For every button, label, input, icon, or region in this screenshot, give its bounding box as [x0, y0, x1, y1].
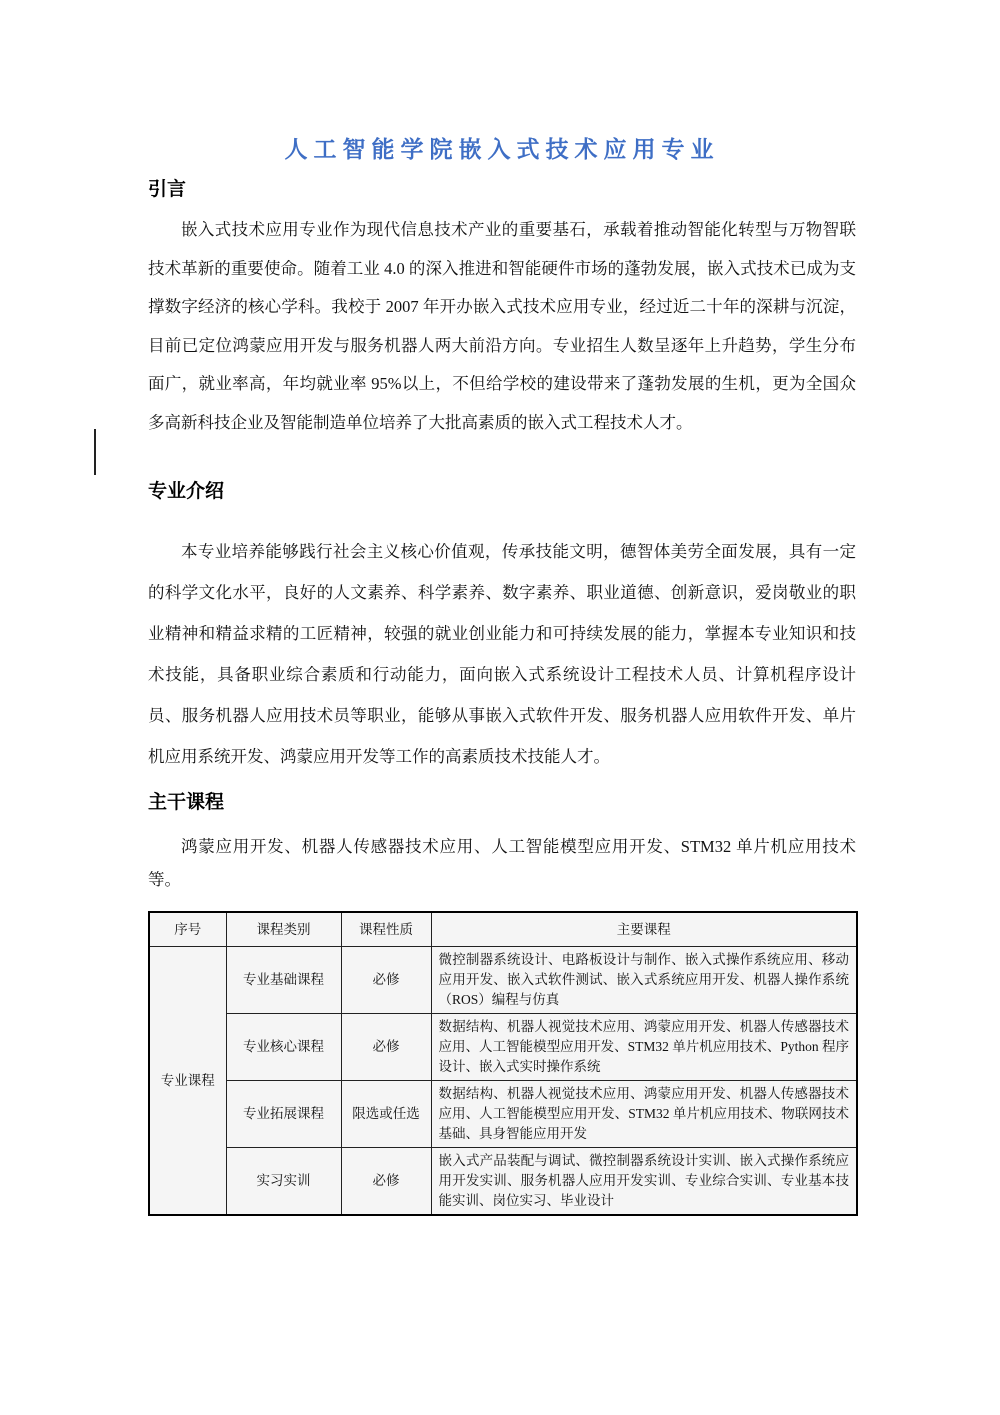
section-heading-intro: 引言 [148, 176, 856, 204]
category-cell: 专业核心课程 [226, 1014, 341, 1081]
table-row: 专业拓展课程 限选或任选 数据结构、机器人视觉技术应用、鸿蒙应用开发、机器人传感… [149, 1081, 857, 1148]
revision-change-bar [94, 429, 96, 475]
nature-cell: 限选或任选 [341, 1081, 431, 1148]
category-cell: 实习实训 [226, 1148, 341, 1216]
courses-cell: 嵌入式产品装配与调试、微控制器系统设计实训、嵌入式操作系统应用开发实训、服务机器… [431, 1148, 857, 1216]
paragraph-courses: 鸿蒙应用开发、机器人传感器技术应用、人工智能模型应用开发、STM32 单片机应用… [148, 830, 856, 896]
page-title: 人工智能学院嵌入式技术应用专业 [148, 134, 856, 164]
document-content: 人工智能学院嵌入式技术应用专业 引言 嵌入式技术应用专业作为现代信息技术产业的重… [148, 0, 856, 1216]
paragraph-intro: 嵌入式技术应用专业作为现代信息技术产业的重要基石，承载着推动智能化转型与万物智联… [148, 211, 856, 442]
category-cell: 专业拓展课程 [226, 1081, 341, 1148]
column-header-category: 课程类别 [226, 912, 341, 947]
category-cell: 专业基础课程 [226, 947, 341, 1014]
nature-cell: 必修 [341, 1014, 431, 1081]
column-header-nature: 课程性质 [341, 912, 431, 947]
courses-table: 序号 课程类别 课程性质 主要课程 专业课程 专业基础课程 必修 微控制器系统设… [148, 911, 858, 1216]
courses-cell: 微控制器系统设计、电路板设计与制作、嵌入式操作系统应用、移动应用开发、嵌入式软件… [431, 947, 857, 1014]
table-header-row: 序号 课程类别 课程性质 主要课程 [149, 912, 857, 947]
table-row: 实习实训 必修 嵌入式产品装配与调试、微控制器系统设计实训、嵌入式操作系统应用开… [149, 1148, 857, 1216]
nature-cell: 必修 [341, 947, 431, 1014]
table-row: 专业核心课程 必修 数据结构、机器人视觉技术应用、鸿蒙应用开发、机器人传感器技术… [149, 1014, 857, 1081]
courses-cell: 数据结构、机器人视觉技术应用、鸿蒙应用开发、机器人传感器技术应用、人工智能模型应… [431, 1014, 857, 1081]
nature-cell: 必修 [341, 1148, 431, 1216]
table-row: 专业课程 专业基础课程 必修 微控制器系统设计、电路板设计与制作、嵌入式操作系统… [149, 947, 857, 1014]
section-heading-about: 专业介绍 [148, 478, 856, 506]
section-heading-courses: 主干课程 [148, 789, 856, 817]
column-header-courses: 主要课程 [431, 912, 857, 947]
column-header-seq: 序号 [149, 912, 226, 947]
group-label-cell: 专业课程 [149, 947, 226, 1216]
document-page: 人工智能学院嵌入式技术应用专业 引言 嵌入式技术应用专业作为现代信息技术产业的重… [0, 0, 1000, 1415]
paragraph-about: 本专业培养能够践行社会主义核心价值观，传承技能文明，德智体美劳全面发展，具有一定… [148, 531, 856, 777]
courses-cell: 数据结构、机器人视觉技术应用、鸿蒙应用开发、机器人传感器技术应用、人工智能模型应… [431, 1081, 857, 1148]
